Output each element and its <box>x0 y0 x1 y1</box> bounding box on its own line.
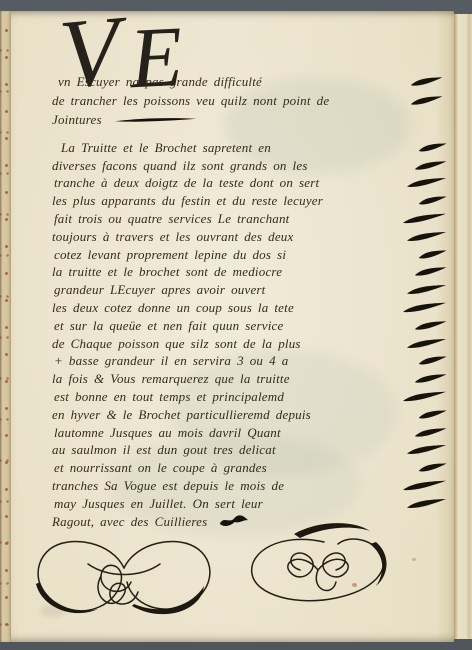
body-block: La Truitte et le Brochet sapretent en di… <box>52 139 448 531</box>
body-line-text: la truitte et le brochet sont de mediocr… <box>52 264 282 280</box>
body-line: lautomne Jusques au mois davril Quant <box>52 424 448 442</box>
body-line: tranches Sa Vogue est depuis le mois de <box>52 477 448 495</box>
line-filler-dash-icon <box>402 212 449 227</box>
line-filler-dash-icon <box>414 266 449 279</box>
line-filler-dash-icon <box>414 159 449 172</box>
body-line-text: est bonne en tout temps et principalemd <box>54 389 284 405</box>
line-filler-dash-icon <box>418 408 449 421</box>
body-line: grandeur LEcuyer apres avoir ouvert <box>52 281 448 299</box>
line-filler-dash-icon <box>418 462 449 475</box>
body-line-text: Ragout, avec des Cuillieres <box>52 514 207 530</box>
body-line: La Truitte et le Brochet sapretent en <box>52 139 448 157</box>
line-filler-dash-icon <box>406 443 449 457</box>
line-filler-dash-icon <box>418 248 449 261</box>
calligraphic-flourish-left <box>28 534 220 624</box>
body-line: diverses facons quand ilz sont grands on… <box>52 157 448 175</box>
line-filler-dash-icon <box>414 319 449 332</box>
body-line: au saulmon il est dun gout tres delicat <box>52 442 448 460</box>
body-line-text: lautomne Jusques au mois davril Quant <box>54 425 281 441</box>
line-filler-dash-icon <box>406 283 449 297</box>
body-line: la fois & Vous remarquerez que la truitt… <box>52 370 448 388</box>
body-line-text: au saulmon il est dun gout tres delicat <box>52 442 276 458</box>
line-filler-dash-icon <box>410 94 445 107</box>
body-line-text: may Jusques en Juillet. On sert leur <box>54 496 263 512</box>
body-line: cotez levant proprement lepine du dos si <box>52 246 448 264</box>
body-line: en hyver & le Brochet particullieremd de… <box>52 406 448 424</box>
line-filler-rule-icon <box>114 116 198 123</box>
body-line-text: en hyver & le Brochet particullieremd de… <box>52 407 311 423</box>
body-line-text: et nourrissant on le coupe à grandes <box>54 460 267 476</box>
heading-line: Jointures <box>52 110 444 129</box>
line-filler-dash-icon <box>418 355 449 368</box>
page-stack-edge <box>454 14 472 639</box>
line-filler-dash-icon <box>402 301 449 316</box>
body-line-text: grandeur LEcuyer apres avoir ouvert <box>54 282 266 298</box>
drop-initial-v: V <box>56 2 124 105</box>
line-filler-dash-icon <box>406 230 449 244</box>
drop-initial-e: E <box>128 13 185 102</box>
body-line-text: cotez levant proprement lepine du dos si <box>54 247 286 263</box>
body-line: de Chaque poisson que silz sont de la pl… <box>52 335 448 353</box>
body-line-text: fait trois ou quatre services Le trancha… <box>54 211 289 227</box>
body-line-text: de Chaque poisson que silz sont de la pl… <box>52 336 301 352</box>
calligraphic-flourish-right <box>238 518 400 612</box>
body-line-text: tranches Sa Vogue est depuis le mois de <box>52 478 284 494</box>
line-filler-dash-icon <box>418 195 449 208</box>
body-line: est bonne en tout temps et principalemd <box>52 388 448 406</box>
body-line-text: et sur la queüe et nen fait quun service <box>54 318 283 334</box>
body-line: may Jusques en Juillet. On sert leur <box>52 495 448 513</box>
body-line-text: tranche à deux doigtz de la teste dont o… <box>54 175 319 191</box>
manuscript-photo: V E vn Escuyer na pas grande difficulté … <box>0 0 472 650</box>
heading-line-text: Jointures <box>52 112 102 128</box>
binding-speckled-edge <box>0 11 11 642</box>
body-line: les deux cotez donne un coup sous la tet… <box>52 299 448 317</box>
fox-stain <box>412 558 416 561</box>
line-filler-dash-icon <box>410 75 445 88</box>
line-filler-dash-icon <box>414 426 449 439</box>
body-line: et nourrissant on le coupe à grandes <box>52 459 448 477</box>
body-line: + basse grandeur il en servira 3 ou 4 a <box>52 353 448 371</box>
body-line-text: les plus apparants du festin et du reste… <box>52 193 323 209</box>
body-line: fait trois ou quatre services Le trancha… <box>52 210 448 228</box>
line-filler-dash-icon <box>402 390 449 405</box>
line-filler-dash-icon <box>414 373 449 386</box>
line-filler-dash-icon <box>406 336 449 350</box>
body-line: la truitte et le brochet sont de mediocr… <box>52 264 448 282</box>
body-line-text: toujours à travers et les ouvrant des de… <box>52 229 293 245</box>
line-filler-dash-icon <box>406 497 449 511</box>
body-line-text: diverses facons quand ilz sont grands on… <box>52 158 308 174</box>
line-filler-dash-icon <box>402 479 449 494</box>
line-filler-dash-icon <box>406 176 449 190</box>
body-line: les plus apparants du festin et du reste… <box>52 192 448 210</box>
body-line-text: les deux cotez donne un coup sous la tet… <box>52 300 294 316</box>
body-line-text: + basse grandeur il en servira 3 ou 4 a <box>54 353 288 369</box>
line-filler-dash-icon <box>418 141 449 154</box>
body-line: tranche à deux doigtz de la teste dont o… <box>52 175 448 193</box>
body-line-text: La Truitte et le Brochet sapretent en <box>61 140 271 156</box>
body-line: toujours à travers et les ouvrant des de… <box>52 228 448 246</box>
body-line: et sur la queüe et nen fait quun service <box>52 317 448 335</box>
body-line-text: la fois & Vous remarquerez que la truitt… <box>52 371 290 387</box>
